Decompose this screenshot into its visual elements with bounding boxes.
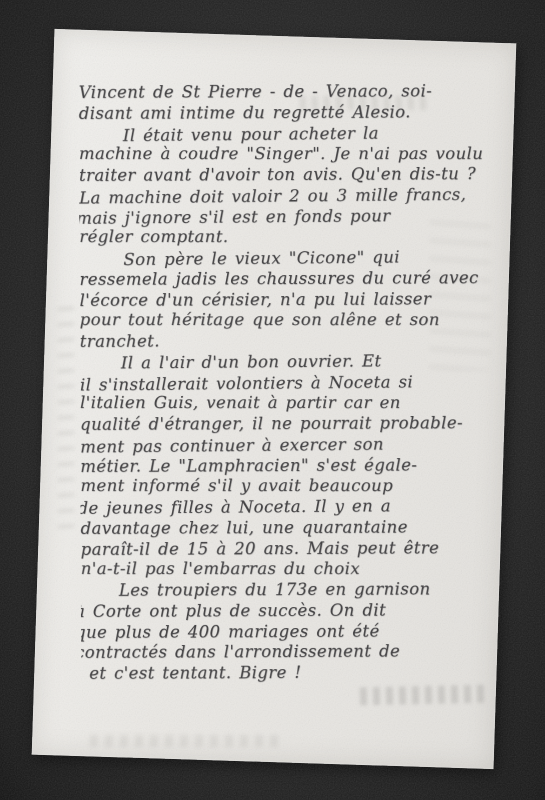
- letter-line: davantage chez lui, une quarantaine: [81, 517, 513, 540]
- letter-line: l'écorce d'un cérisier, n'a pu lui laiss…: [80, 289, 512, 312]
- letter-line: Les troupiers du 173e en garnison: [79, 579, 507, 602]
- letter-line: traiter avant d'avoir ton avis. Qu'en di…: [79, 164, 511, 187]
- letter-line: Il a l'air d'un bon ouvrier. Et: [79, 350, 509, 374]
- letter-line: de jeunes filles à Noceta. Il y en a: [79, 495, 510, 519]
- letter-line: il s'installerait volontiers à Noceta si: [80, 371, 512, 396]
- letter-line: Il était venu pour acheter la: [79, 122, 511, 147]
- letter-line: l'italien Guis, venait à partir car en: [80, 393, 512, 414]
- letter-line: paraît-il de 15 à 20 ans. Mais peut être: [81, 538, 513, 561]
- letter-line: ment informé s'il y avait beaucoup: [80, 476, 512, 497]
- letter-line: mais j'ignore s'il est en fonds pour: [79, 205, 509, 229]
- letter-line: qualité d'étranger, il ne pourrait proba…: [80, 413, 512, 436]
- letter-line: machine à coudre "Singer". Je n'ai pas v…: [79, 144, 511, 165]
- letter-line: que plus de 400 mariages ont été: [79, 621, 507, 644]
- letter-line: métier. Le "Lamphracien" s'est égale-: [80, 455, 512, 478]
- letter-line: régler comptant.: [79, 227, 511, 248]
- letter-line: ment pas continuer à exercer son: [80, 433, 512, 458]
- letter-text: Vincent de St Pierre - de - Venaco, soi-…: [79, 81, 514, 707]
- letter-line: ressemela jadis les chaussures du curé a…: [79, 268, 511, 291]
- letter-line: disant ami intime du regretté Alesio.: [79, 102, 511, 125]
- letter-line: Vincent de St Pierre - de - Venaco, soi-: [79, 81, 511, 104]
- letter-line: et c'est tentant. Bigre !: [79, 662, 508, 685]
- letter-line: contractés dans l'arrondissement de: [79, 641, 508, 664]
- letter-line: tranchet.: [80, 330, 512, 353]
- scan-background: Vincent de St Pierre - de - Venaco, soi-…: [0, 0, 545, 800]
- letter-line: à Corte ont plus de succès. On dit: [79, 600, 507, 623]
- letter-line: pour tout héritage que son alêne et son: [80, 310, 512, 331]
- letter-line: Son père le vieux "Cicone" qui: [79, 246, 511, 271]
- letter-line: n'a-t-il pas l'embarras du choix: [81, 559, 513, 580]
